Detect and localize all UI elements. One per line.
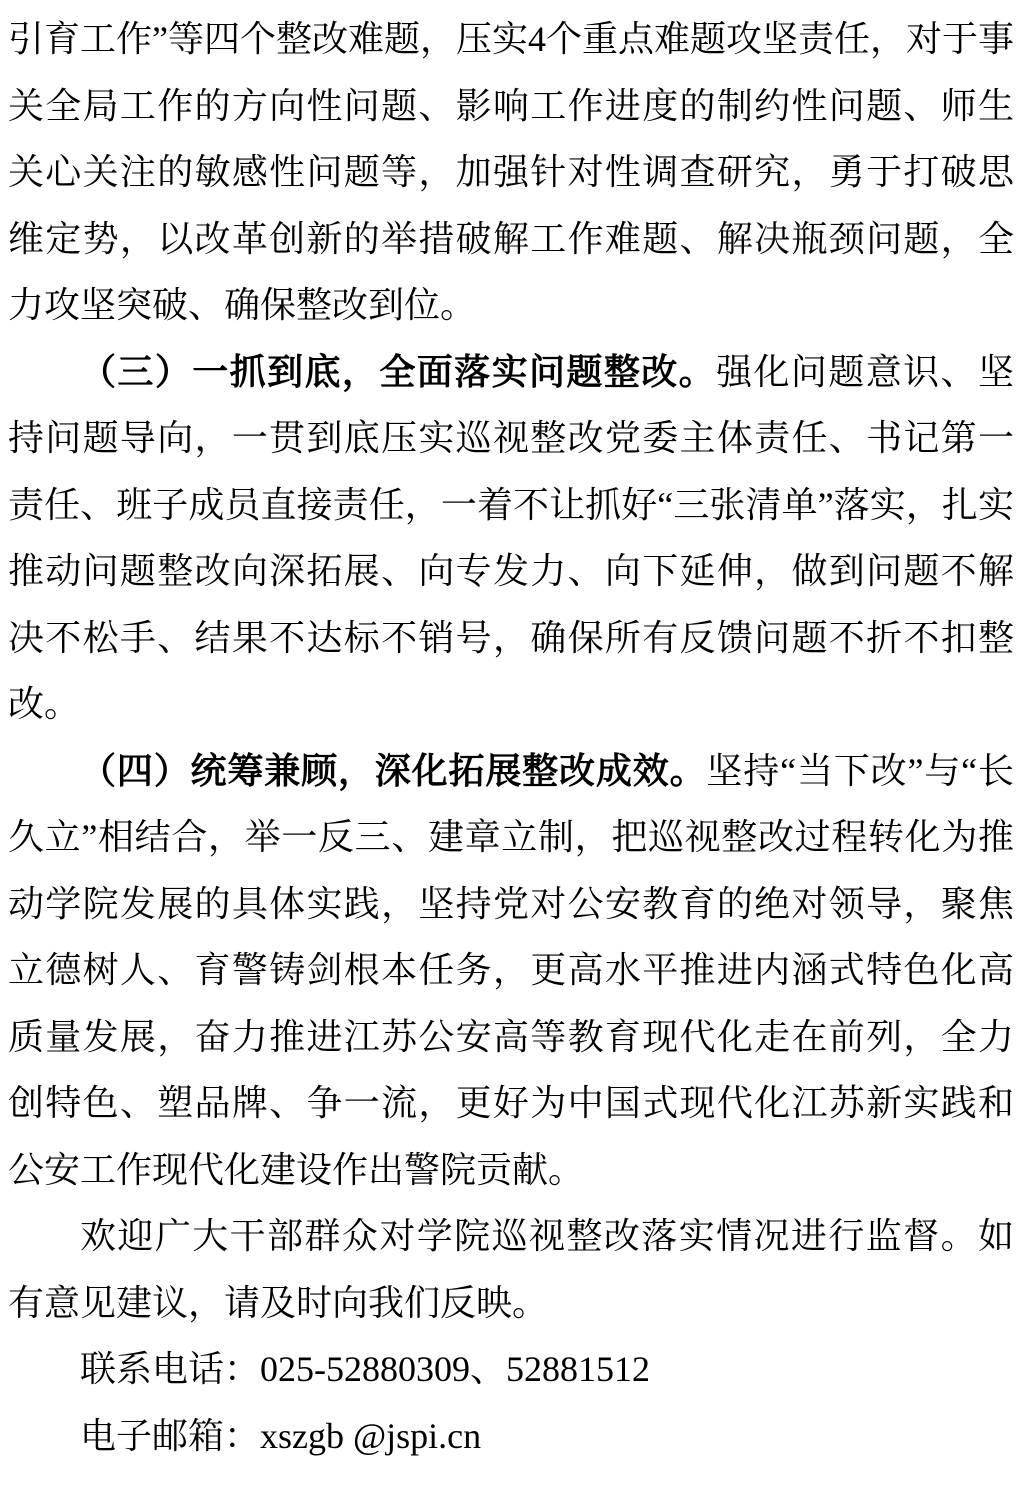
paragraph-text: 强化问题意识、坚持问题导向，一贯到底压实巡视整改党委主体责任、书记第一责任、班子… <box>8 352 1014 725</box>
phone-numbers: 025-52880309、52881512 <box>260 1349 650 1389</box>
paragraph-text: 欢迎广大干部群众对学院巡视整改落实情况进行监督。如有意见建议，请及时向我们反映。 <box>8 1216 1014 1323</box>
phone-label: 联系电话： <box>80 1349 260 1389</box>
paragraph-section-three: （三）一抓到底，全面落实问题整改。强化问题意识、坚持问题导向，一贯到底压实巡视整… <box>8 339 1014 738</box>
paragraph-text: 坚持“当下改”与“长久立”相结合，举一反三、建章立制，把巡视整改过程转化为推动学… <box>8 751 1014 1190</box>
section-three-heading: （三）一抓到底，全面落实问题整改。 <box>80 352 716 392</box>
paragraph-section-four: （四）统筹兼顾，深化拓展整改成效。坚持“当下改”与“长久立”相结合，举一反三、建… <box>8 738 1014 1204</box>
document-page: 引育工作”等四个整改难题，压实4个重点难题攻坚责任，对于事关全局工作的方向性问题… <box>0 0 1024 1500</box>
email-label: 电子邮箱： <box>80 1416 260 1456</box>
paragraph-continuation: 引育工作”等四个整改难题，压实4个重点难题攻坚责任，对于事关全局工作的方向性问题… <box>8 6 1014 339</box>
email-address: xszgb @jspi.cn <box>260 1416 481 1456</box>
contact-phone-line: 联系电话：025-52880309、52881512 <box>8 1336 1014 1403</box>
paragraph-text: 引育工作”等四个整改难题，压实4个重点难题攻坚责任，对于事关全局工作的方向性问题… <box>8 19 1014 325</box>
contact-email-line: 电子邮箱：xszgb @jspi.cn <box>8 1403 1014 1470</box>
section-four-heading: （四）统筹兼顾，深化拓展整改成效。 <box>80 751 706 791</box>
paragraph-supervision-notice: 欢迎广大干部群众对学院巡视整改落实情况进行监督。如有意见建议，请及时向我们反映。 <box>8 1203 1014 1336</box>
